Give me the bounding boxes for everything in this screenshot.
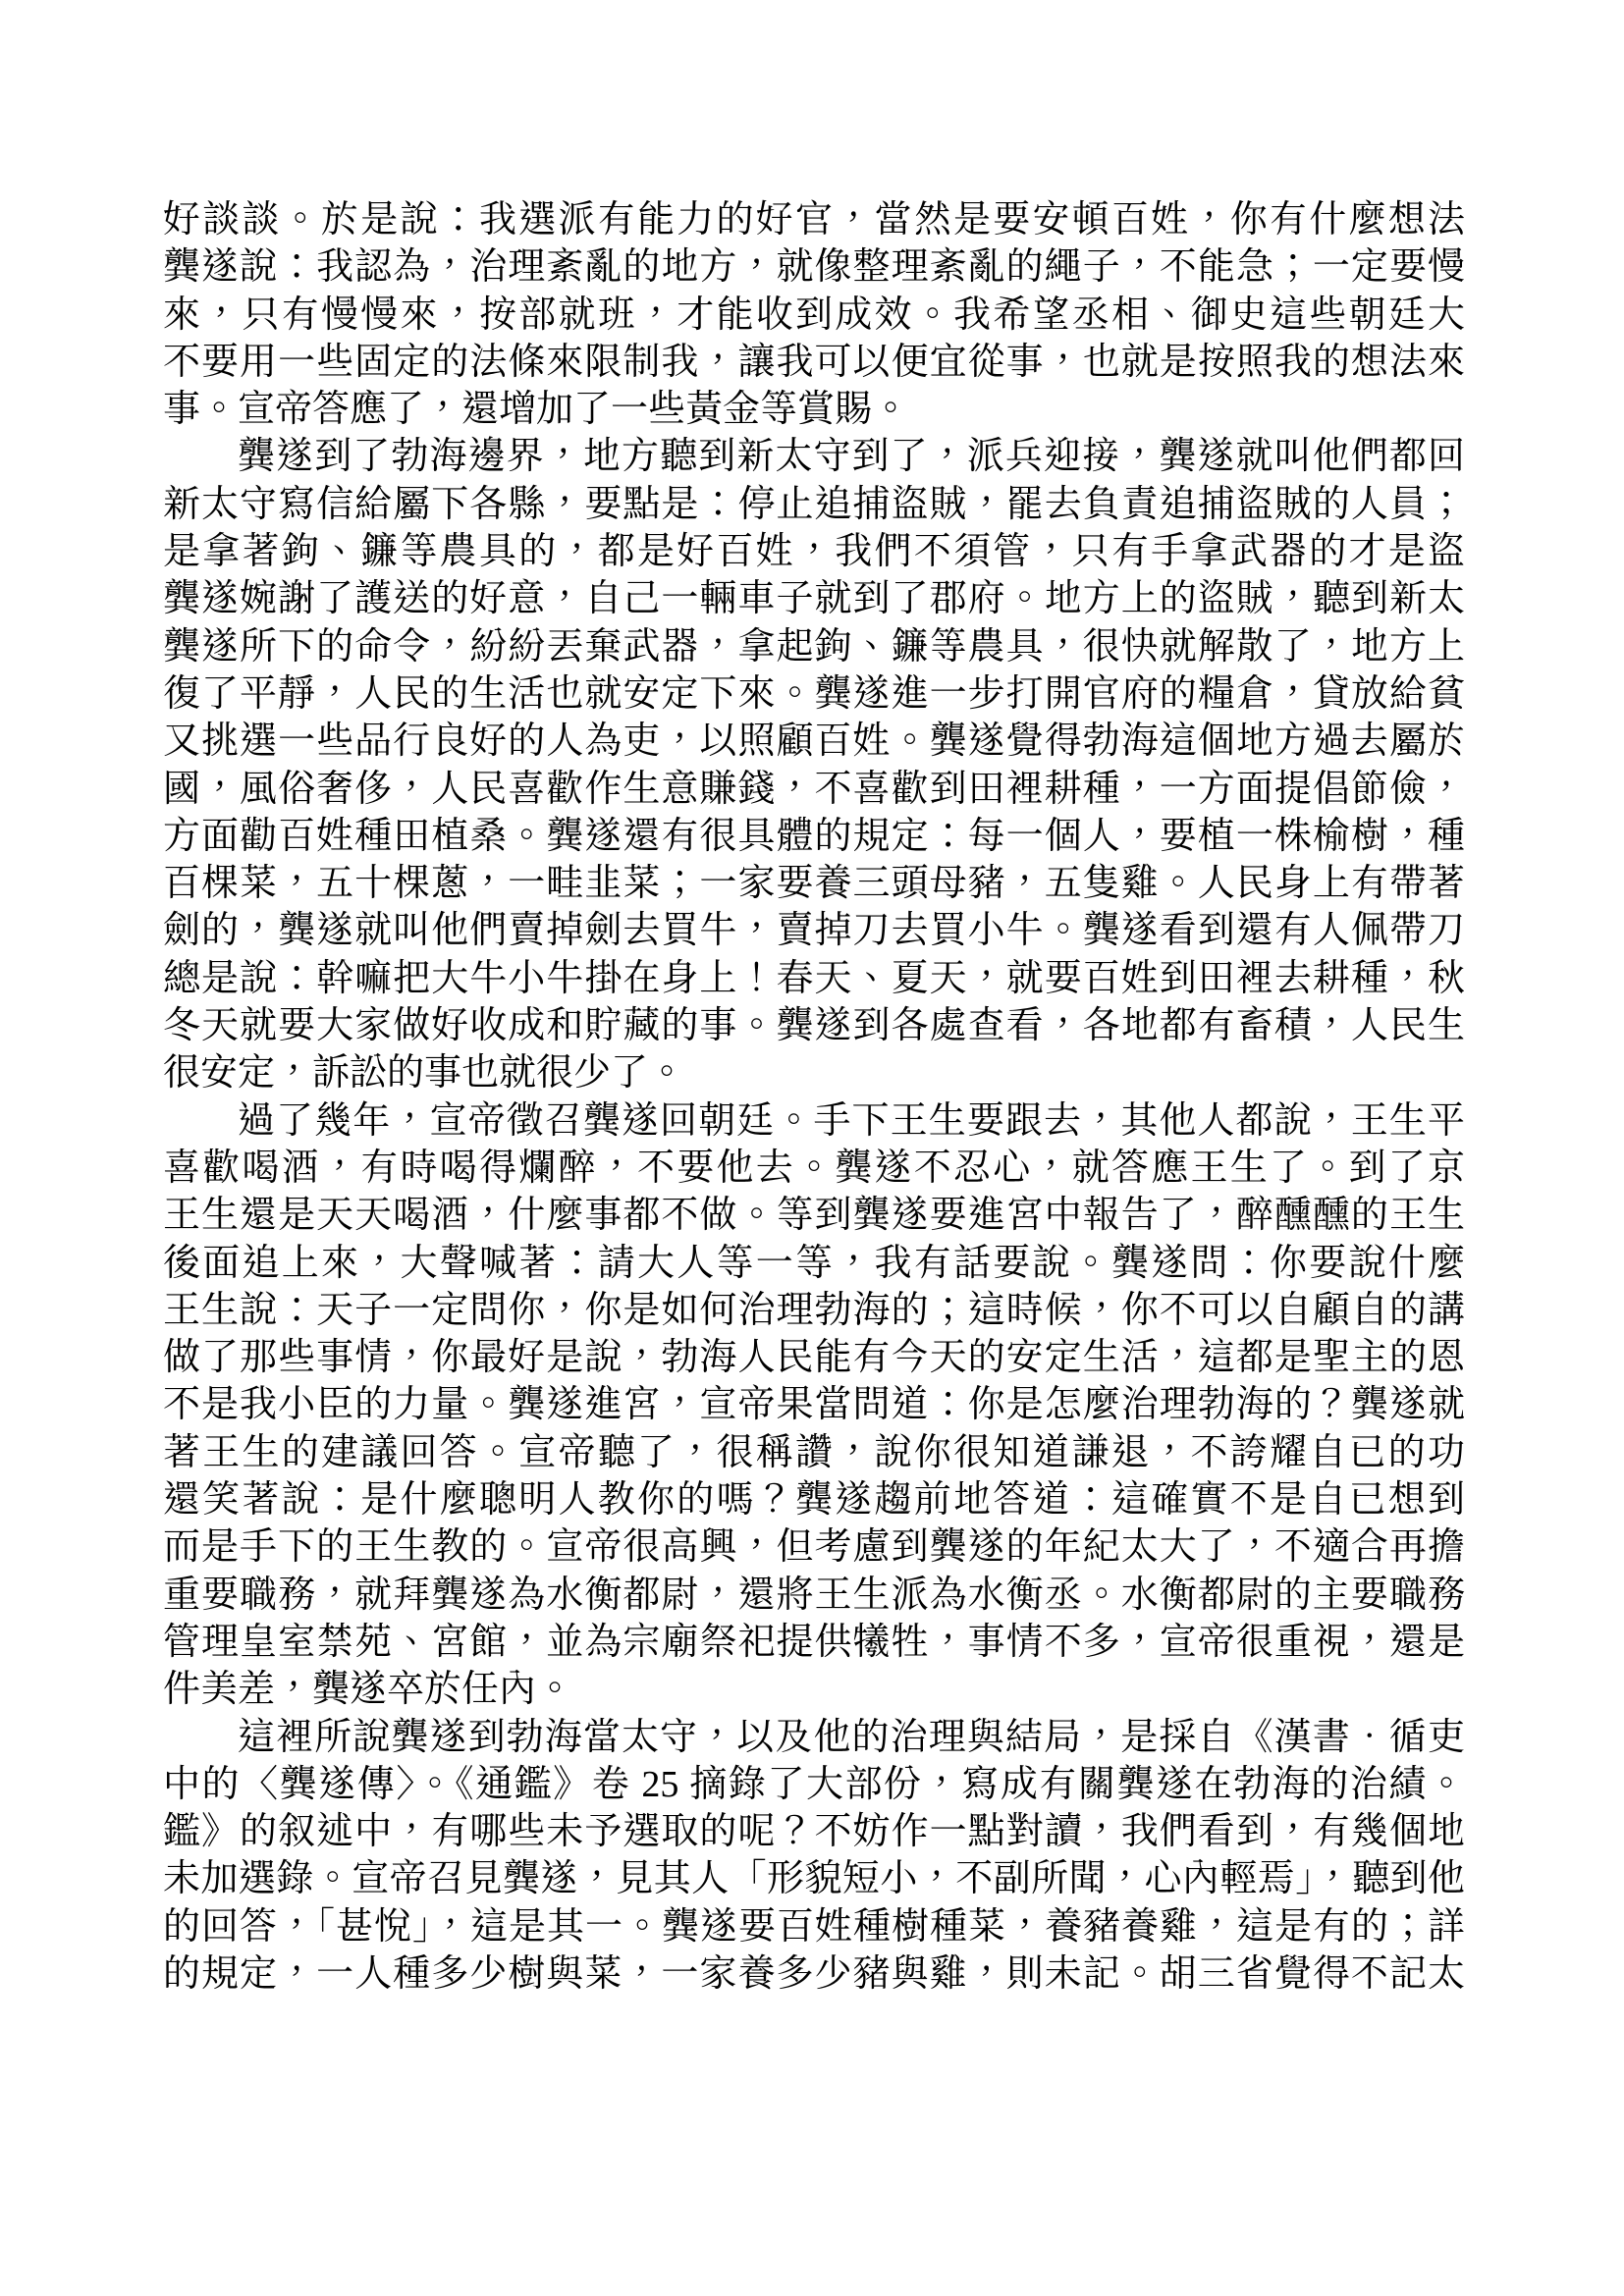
text-line: 復了平靜，人民的生活也就安定下來。龔遂進一步打開官府的糧倉，貸放給貧民， [163,670,1465,718]
text-line: 龔遂說：我認為，治理紊亂的地方，就像整理紊亂的繩子，不能急；一定要慢慢 [163,243,1465,291]
paragraph: 過了幾年，宣帝徵召龔遂回朝廷。手下王生要跟去，其他人都說，王生平常 喜歡喝酒，有… [163,1097,1465,1714]
text-line: 還笑著說：是什麼聰明人教你的嗎？龔遂趨前地答道：這確實不是自已想到的， [163,1476,1465,1523]
paragraph: 好談談。於是說：我選派有能力的好官，當然是要安頓百姓，你有什麼想法呢？ 龔遂說：… [163,196,1465,433]
text-line: 中的〈龔遂傳〉。《通鑑》卷 25 摘錄了大部份，寫成有關龔遂在勃海的治績。《通 [163,1761,1465,1808]
text-line: 事。宣帝答應了，還增加了一些黃金等賞賜。 [163,386,1465,433]
text-line: 好談談。於是說：我選派有能力的好官，當然是要安頓百姓，你有什麼想法呢？ [163,196,1465,243]
text-line: 這裡所說龔遂到勃海當太守，以及他的治理與結局，是採自《漢書‧循吏傳》 [163,1714,1465,1761]
text-line: 重要職務，就拜龔遂為水衡都尉，還將王生派為水衡丞。水衡都尉的主要職務是 [163,1572,1465,1619]
text-line: 著王生的建議回答。宣帝聽了，很稱讚，說你很知道謙退，不誇耀自已的功勞， [163,1429,1465,1476]
text-line: 的回答，「甚悅」，這是其一。龔遂要百姓種樹種菜，養豬養雞，這是有的；詳細 [163,1903,1465,1950]
text-line: 件美差，龔遂卒於任內。 [163,1666,1465,1713]
text-line: 管理皇室禁苑、宮館，並為宗廟祭祀提供犧牲，事情不多，宣帝很重視，還是一 [163,1619,1465,1666]
text-line: 不是我小臣的力量。龔遂進宮，宣帝果當問道：你是怎麼治理勃海的？龔遂就照 [163,1381,1465,1428]
text-line: 總是說：幹嘛把大牛小牛掛在身上！春天、夏天，就要百姓到田裡去耕種，秋天、 [163,955,1465,1002]
text-line: 而是手下的王生教的。宣帝很高興，但考慮到龔遂的年紀太大了，不適合再擔任 [163,1523,1465,1571]
text-line: 又挑選一些品行良好的人為吏，以照顧百姓。龔遂覺得勃海這個地方過去屬於齊 [163,718,1465,765]
page: 好談談。於是說：我選派有能力的好官，當然是要安頓百姓，你有什麼想法呢？ 龔遂說：… [0,0,1624,2296]
text-line: 劍的，龔遂就叫他們賣掉劍去買牛，賣掉刀去買小牛。龔遂看到還有人佩帶刀劍， [163,907,1465,954]
text-line: 喜歡喝酒，有時喝得爛醉，不要他去。龔遂不忍心，就答應王生了。到了京師， [163,1145,1465,1192]
text-line: 很安定，訴訟的事也就很少了。 [163,1049,1465,1096]
paragraph: 龔遂到了勃海邊界，地方聽到新太守到了，派兵迎接，龔遂就叫他們都回去。 新太守寫信… [163,433,1465,1096]
text-line: 方面勸百姓種田植桑。龔遂還有很具體的規定：每一個人，要植一株榆樹，種一 [163,813,1465,860]
text-line: 龔遂婉謝了護送的好意，自己一輛車子就到了郡府。地方上的盜賊，聽到新太守 [163,575,1465,622]
paragraph: 這裡所說龔遂到勃海當太守，以及他的治理與結局，是採自《漢書‧循吏傳》 中的〈龔遂… [163,1714,1465,1999]
text-line: 國，風俗奢侈，人民喜歡作生意賺錢，不喜歡到田裡耕種，一方面提倡節儉，一 [163,766,1465,813]
text-line: 冬天就要大家做好收成和貯藏的事。龔遂到各處查看，各地都有畜積，人民生活 [163,1002,1465,1049]
text-line: 王生說：天子一定問你，你是如何治理勃海的；這時候，你不可以自顧自的講你 [163,1287,1465,1334]
text-line: 過了幾年，宣帝徵召龔遂回朝廷。手下王生要跟去，其他人都說，王生平常 [163,1097,1465,1145]
text-line: 來，只有慢慢來，按部就班，才能收到成效。我希望丞相、御史這些朝廷大官， [163,292,1465,339]
text-line: 做了那些事情，你最好是說，勃海人民能有今天的安定生活，這都是聖主的恩德， [163,1334,1465,1381]
text-line: 王生還是天天喝酒，什麼事都不做。等到龔遂要進宮中報告了，醉醺醺的王生從 [163,1192,1465,1239]
text-line: 未加選錄。宣帝召見龔遂，見其人「形貌短小，不副所聞，心內輕焉」，聽到他 [163,1855,1465,1902]
text-line: 龔遂到了勃海邊界，地方聽到新太守到了，派兵迎接，龔遂就叫他們都回去。 [163,433,1465,480]
text-line: 鑑》的叙述中，有哪些未予選取的呢？不妨作一點對讀，我們看到，有幾個地方 [163,1808,1465,1855]
text-line: 後面追上來，大聲喊著：請大人等一等，我有話要說。龔遂問：你要說什麼呢？ [163,1240,1465,1287]
text-line: 龔遂所下的命令，紛紛丟棄武器，拿起鉤、鐮等農具，很快就解散了，地方上恢 [163,623,1465,670]
text-line: 的規定，一人種多少樹與菜，一家養多少豬與雞，則未記。胡三省覺得不記太可 [163,1950,1465,1998]
text-line: 是拿著鉤、鐮等農具的，都是好百姓，我們不須管，只有手拿武器的才是盜賊。 [163,528,1465,575]
text-line: 不要用一些固定的法條來限制我，讓我可以便宜從事，也就是按照我的想法來做 [163,339,1465,386]
text-line: 新太守寫信給屬下各縣，要點是：停止追捕盜賊，罷去負責追捕盜賊的人員；凡 [163,481,1465,528]
text-block: 好談談。於是說：我選派有能力的好官，當然是要安頓百姓，你有什麼想法呢？ 龔遂說：… [163,196,1465,1998]
text-line: 百棵菜，五十棵蔥，一畦韭菜；一家要養三頭母豬，五隻雞。人民身上有帶著刀 [163,860,1465,907]
